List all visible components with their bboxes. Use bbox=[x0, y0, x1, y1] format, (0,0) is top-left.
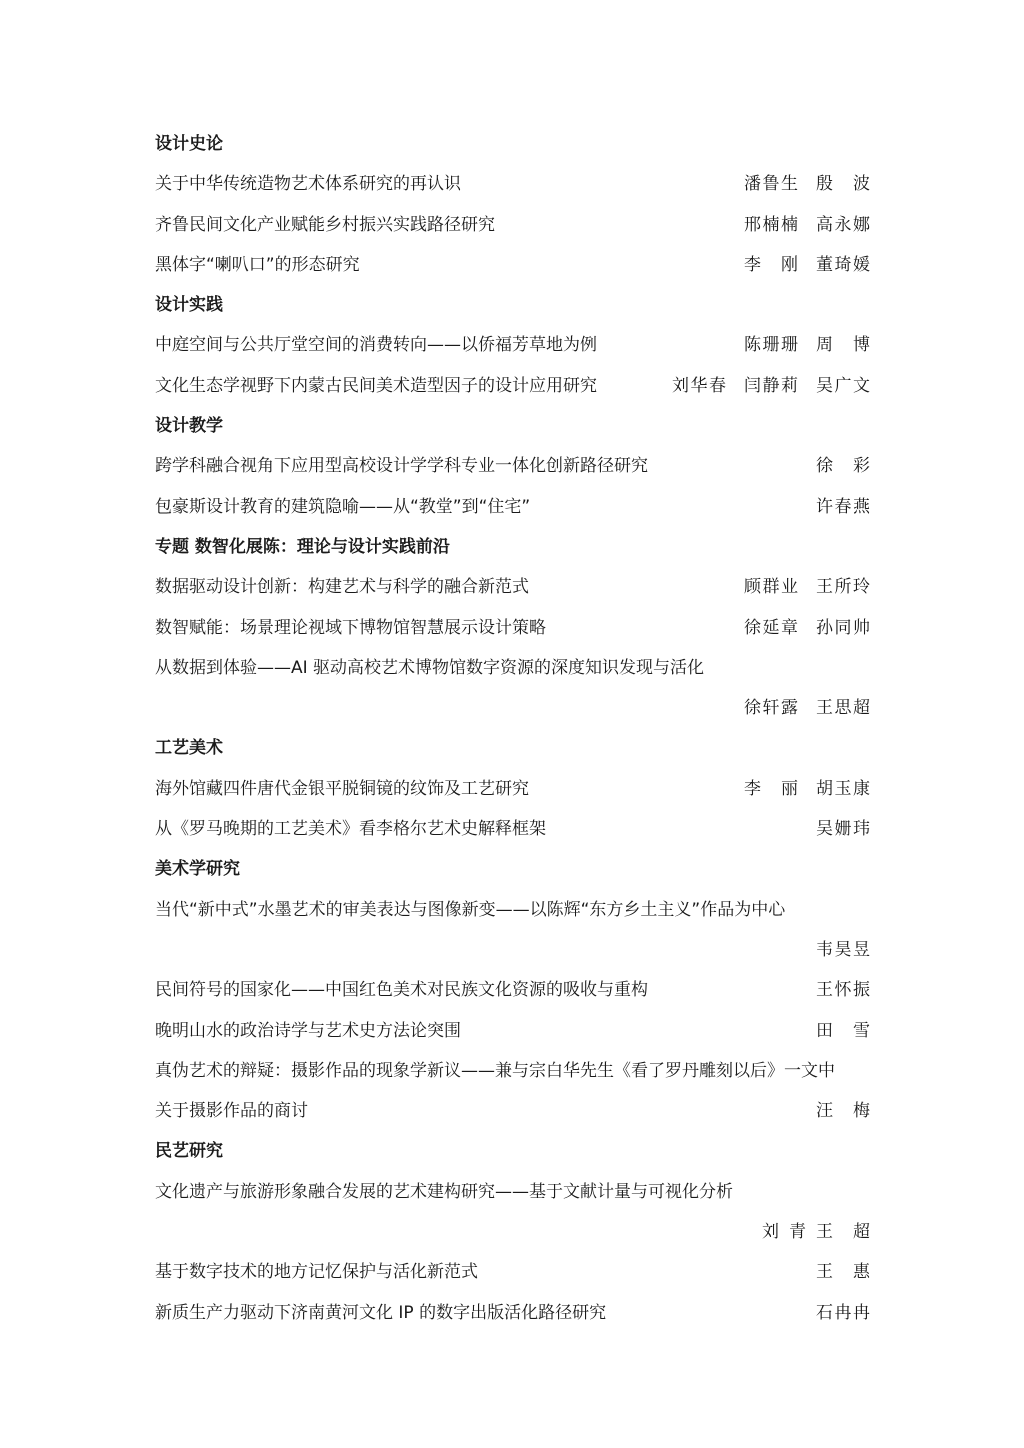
section-heading: 设计教学 bbox=[155, 406, 870, 446]
author-name: 汪梅 bbox=[816, 1091, 870, 1131]
author-name: 韦昊昱 bbox=[816, 930, 870, 970]
section-heading: 美术学研究 bbox=[155, 849, 870, 889]
author-name: 李丽 bbox=[744, 769, 798, 809]
toc-entry-authors-line: 刘青 王超 bbox=[155, 1212, 870, 1252]
author-name: 徐轩露 bbox=[744, 688, 798, 728]
author-name: 王惠 bbox=[816, 1252, 870, 1292]
author-name: 陈珊珊 bbox=[744, 325, 798, 365]
author-name: 潘鲁生 bbox=[744, 164, 798, 204]
entry-authors: 刘青 王超 bbox=[762, 1212, 870, 1252]
section-heading: 设计实践 bbox=[155, 285, 870, 325]
entry-authors: 汪梅 bbox=[816, 1091, 870, 1131]
entry-authors: 李刚 董琦媛 bbox=[744, 245, 870, 285]
toc-entry[interactable]: 真伪艺术的辩疑：摄影作品的现象学新议——兼与宗白华先生《看了罗丹雕刻以后》一文中 bbox=[155, 1051, 870, 1091]
toc-entry-authors-line: 韦昊昱 bbox=[155, 930, 870, 970]
entry-title: 真伪艺术的辩疑：摄影作品的现象学新议——兼与宗白华先生《看了罗丹雕刻以后》一文中 bbox=[155, 1051, 835, 1091]
entry-authors: 石冉冉 bbox=[816, 1293, 870, 1333]
entry-title: 齐鲁民间文化产业赋能乡村振兴实践路径研究 bbox=[155, 205, 495, 245]
entry-authors: 李丽 胡玉康 bbox=[744, 769, 870, 809]
entry-authors: 许春燕 bbox=[816, 487, 870, 527]
author-name: 徐延章 bbox=[744, 608, 798, 648]
entry-authors: 潘鲁生 殷波 bbox=[744, 164, 870, 204]
author-name: 胡玉康 bbox=[816, 769, 870, 809]
entry-title: 晚明山水的政治诗学与艺术史方法论突围 bbox=[155, 1011, 461, 1051]
author-name: 王怀振 bbox=[816, 970, 870, 1010]
author-name: 刘青 bbox=[762, 1212, 806, 1252]
toc-entry[interactable]: 齐鲁民间文化产业赋能乡村振兴实践路径研究 邢楠楠 高永娜 bbox=[155, 205, 870, 245]
toc-entry[interactable]: 海外馆藏四件唐代金银平脱铜镜的纹饰及工艺研究 李丽 胡玉康 bbox=[155, 769, 870, 809]
entry-authors: 徐延章 孙同帅 bbox=[744, 608, 870, 648]
table-of-contents: 设计史论 关于中华传统造物艺术体系研究的再认识 潘鲁生 殷波 齐鲁民间文化产业赋… bbox=[155, 124, 870, 1333]
entry-title: 新质生产力驱动下济南黄河文化 IP 的数字出版活化路径研究 bbox=[155, 1293, 606, 1333]
toc-entry[interactable]: 数据驱动设计创新：构建艺术与科学的融合新范式 顾群业 王所玲 bbox=[155, 567, 870, 607]
entry-authors: 韦昊昱 bbox=[816, 930, 870, 970]
author-name: 闫静莉 bbox=[744, 366, 798, 406]
author-name: 石冉冉 bbox=[816, 1293, 870, 1333]
author-name: 王所玲 bbox=[816, 567, 870, 607]
author-name: 董琦媛 bbox=[816, 245, 870, 285]
author-name: 顾群业 bbox=[744, 567, 798, 607]
toc-entry[interactable]: 从数据到体验——AI 驱动高校艺术博物馆数字资源的深度知识发现与活化 bbox=[155, 648, 870, 688]
entry-authors: 徐彩 bbox=[816, 446, 870, 486]
section-heading: 专题 数智化展陈：理论与设计实践前沿 bbox=[155, 527, 870, 567]
entry-title: 当代“新中式”水墨艺术的审美表达与图像新变——以陈辉“东方乡土主义”作品为中心 bbox=[155, 890, 785, 930]
entry-authors: 刘华春 闫静莉 吴广文 bbox=[672, 366, 870, 406]
toc-entry[interactable]: 民间符号的国家化——中国红色美术对民族文化资源的吸收与重构 王怀振 bbox=[155, 970, 870, 1010]
entry-title: 中庭空间与公共厅堂空间的消费转向——以侨福芳草地为例 bbox=[155, 325, 597, 365]
toc-entry[interactable]: 数智赋能：场景理论视域下博物馆智慧展示设计策略 徐延章 孙同帅 bbox=[155, 608, 870, 648]
entry-title: 海外馆藏四件唐代金银平脱铜镜的纹饰及工艺研究 bbox=[155, 769, 529, 809]
entry-authors: 邢楠楠 高永娜 bbox=[744, 205, 870, 245]
author-name: 李刚 bbox=[744, 245, 798, 285]
toc-entry[interactable]: 文化遗产与旅游形象融合发展的艺术建构研究——基于文献计量与可视化分析 bbox=[155, 1172, 870, 1212]
author-name: 殷波 bbox=[816, 164, 870, 204]
toc-entry[interactable]: 关于中华传统造物艺术体系研究的再认识 潘鲁生 殷波 bbox=[155, 164, 870, 204]
entry-title: 从《罗马晚期的工艺美术》看李格尔艺术史解释框架 bbox=[155, 809, 546, 849]
toc-entry[interactable]: 包豪斯设计教育的建筑隐喻——从“教堂”到“住宅” 许春燕 bbox=[155, 487, 870, 527]
author-name: 刘华春 bbox=[672, 366, 726, 406]
author-name: 吴姗玮 bbox=[816, 809, 870, 849]
author-name: 周博 bbox=[816, 325, 870, 365]
toc-entry[interactable]: 当代“新中式”水墨艺术的审美表达与图像新变——以陈辉“东方乡土主义”作品为中心 bbox=[155, 890, 870, 930]
entry-title: 基于数字技术的地方记忆保护与活化新范式 bbox=[155, 1252, 478, 1292]
author-name: 邢楠楠 bbox=[744, 205, 798, 245]
entry-title: 包豪斯设计教育的建筑隐喻——从“教堂”到“住宅” bbox=[155, 487, 530, 527]
author-name: 徐彩 bbox=[816, 446, 870, 486]
section-heading: 设计史论 bbox=[155, 124, 870, 164]
toc-entry[interactable]: 从《罗马晚期的工艺美术》看李格尔艺术史解释框架 吴姗玮 bbox=[155, 809, 870, 849]
author-name: 王超 bbox=[816, 1212, 870, 1252]
author-name: 吴广文 bbox=[816, 366, 870, 406]
toc-entry[interactable]: 晚明山水的政治诗学与艺术史方法论突围 田雪 bbox=[155, 1011, 870, 1051]
author-name: 王思超 bbox=[816, 688, 870, 728]
entry-title: 从数据到体验——AI 驱动高校艺术博物馆数字资源的深度知识发现与活化 bbox=[155, 648, 704, 688]
toc-entry[interactable]: 文化生态学视野下内蒙古民间美术造型因子的设计应用研究 刘华春 闫静莉 吴广文 bbox=[155, 366, 870, 406]
entry-authors: 田雪 bbox=[816, 1011, 870, 1051]
author-name: 田雪 bbox=[816, 1011, 870, 1051]
author-name: 高永娜 bbox=[816, 205, 870, 245]
toc-entry[interactable]: 中庭空间与公共厅堂空间的消费转向——以侨福芳草地为例 陈珊珊 周博 bbox=[155, 325, 870, 365]
entry-title: 文化生态学视野下内蒙古民间美术造型因子的设计应用研究 bbox=[155, 366, 597, 406]
entry-title: 黑体字“喇叭口”的形态研究 bbox=[155, 245, 360, 285]
toc-entry[interactable]: 基于数字技术的地方记忆保护与活化新范式 王惠 bbox=[155, 1252, 870, 1292]
toc-entry-authors-line: 徐轩露 王思超 bbox=[155, 688, 870, 728]
toc-entry[interactable]: 跨学科融合视角下应用型高校设计学学科专业一体化创新路径研究 徐彩 bbox=[155, 446, 870, 486]
toc-entry-continuation: 关于摄影作品的商讨 汪梅 bbox=[155, 1091, 870, 1131]
entry-title: 数智赋能：场景理论视域下博物馆智慧展示设计策略 bbox=[155, 608, 546, 648]
section-heading: 工艺美术 bbox=[155, 728, 870, 768]
entry-authors: 王惠 bbox=[816, 1252, 870, 1292]
author-name: 许春燕 bbox=[816, 487, 870, 527]
entry-authors: 顾群业 王所玲 bbox=[744, 567, 870, 607]
entry-title: 跨学科融合视角下应用型高校设计学学科专业一体化创新路径研究 bbox=[155, 446, 648, 486]
author-name: 孙同帅 bbox=[816, 608, 870, 648]
entry-title-continuation: 关于摄影作品的商讨 bbox=[155, 1091, 308, 1131]
entry-authors: 王怀振 bbox=[816, 970, 870, 1010]
section-heading: 民艺研究 bbox=[155, 1131, 870, 1171]
entry-title: 关于中华传统造物艺术体系研究的再认识 bbox=[155, 164, 461, 204]
entry-title: 数据驱动设计创新：构建艺术与科学的融合新范式 bbox=[155, 567, 529, 607]
entry-authors: 徐轩露 王思超 bbox=[744, 688, 870, 728]
toc-entry[interactable]: 黑体字“喇叭口”的形态研究 李刚 董琦媛 bbox=[155, 245, 870, 285]
entry-title: 文化遗产与旅游形象融合发展的艺术建构研究——基于文献计量与可视化分析 bbox=[155, 1172, 733, 1212]
entry-title: 民间符号的国家化——中国红色美术对民族文化资源的吸收与重构 bbox=[155, 970, 648, 1010]
entry-authors: 吴姗玮 bbox=[816, 809, 870, 849]
entry-authors: 陈珊珊 周博 bbox=[744, 325, 870, 365]
toc-entry[interactable]: 新质生产力驱动下济南黄河文化 IP 的数字出版活化路径研究 石冉冉 bbox=[155, 1293, 870, 1333]
